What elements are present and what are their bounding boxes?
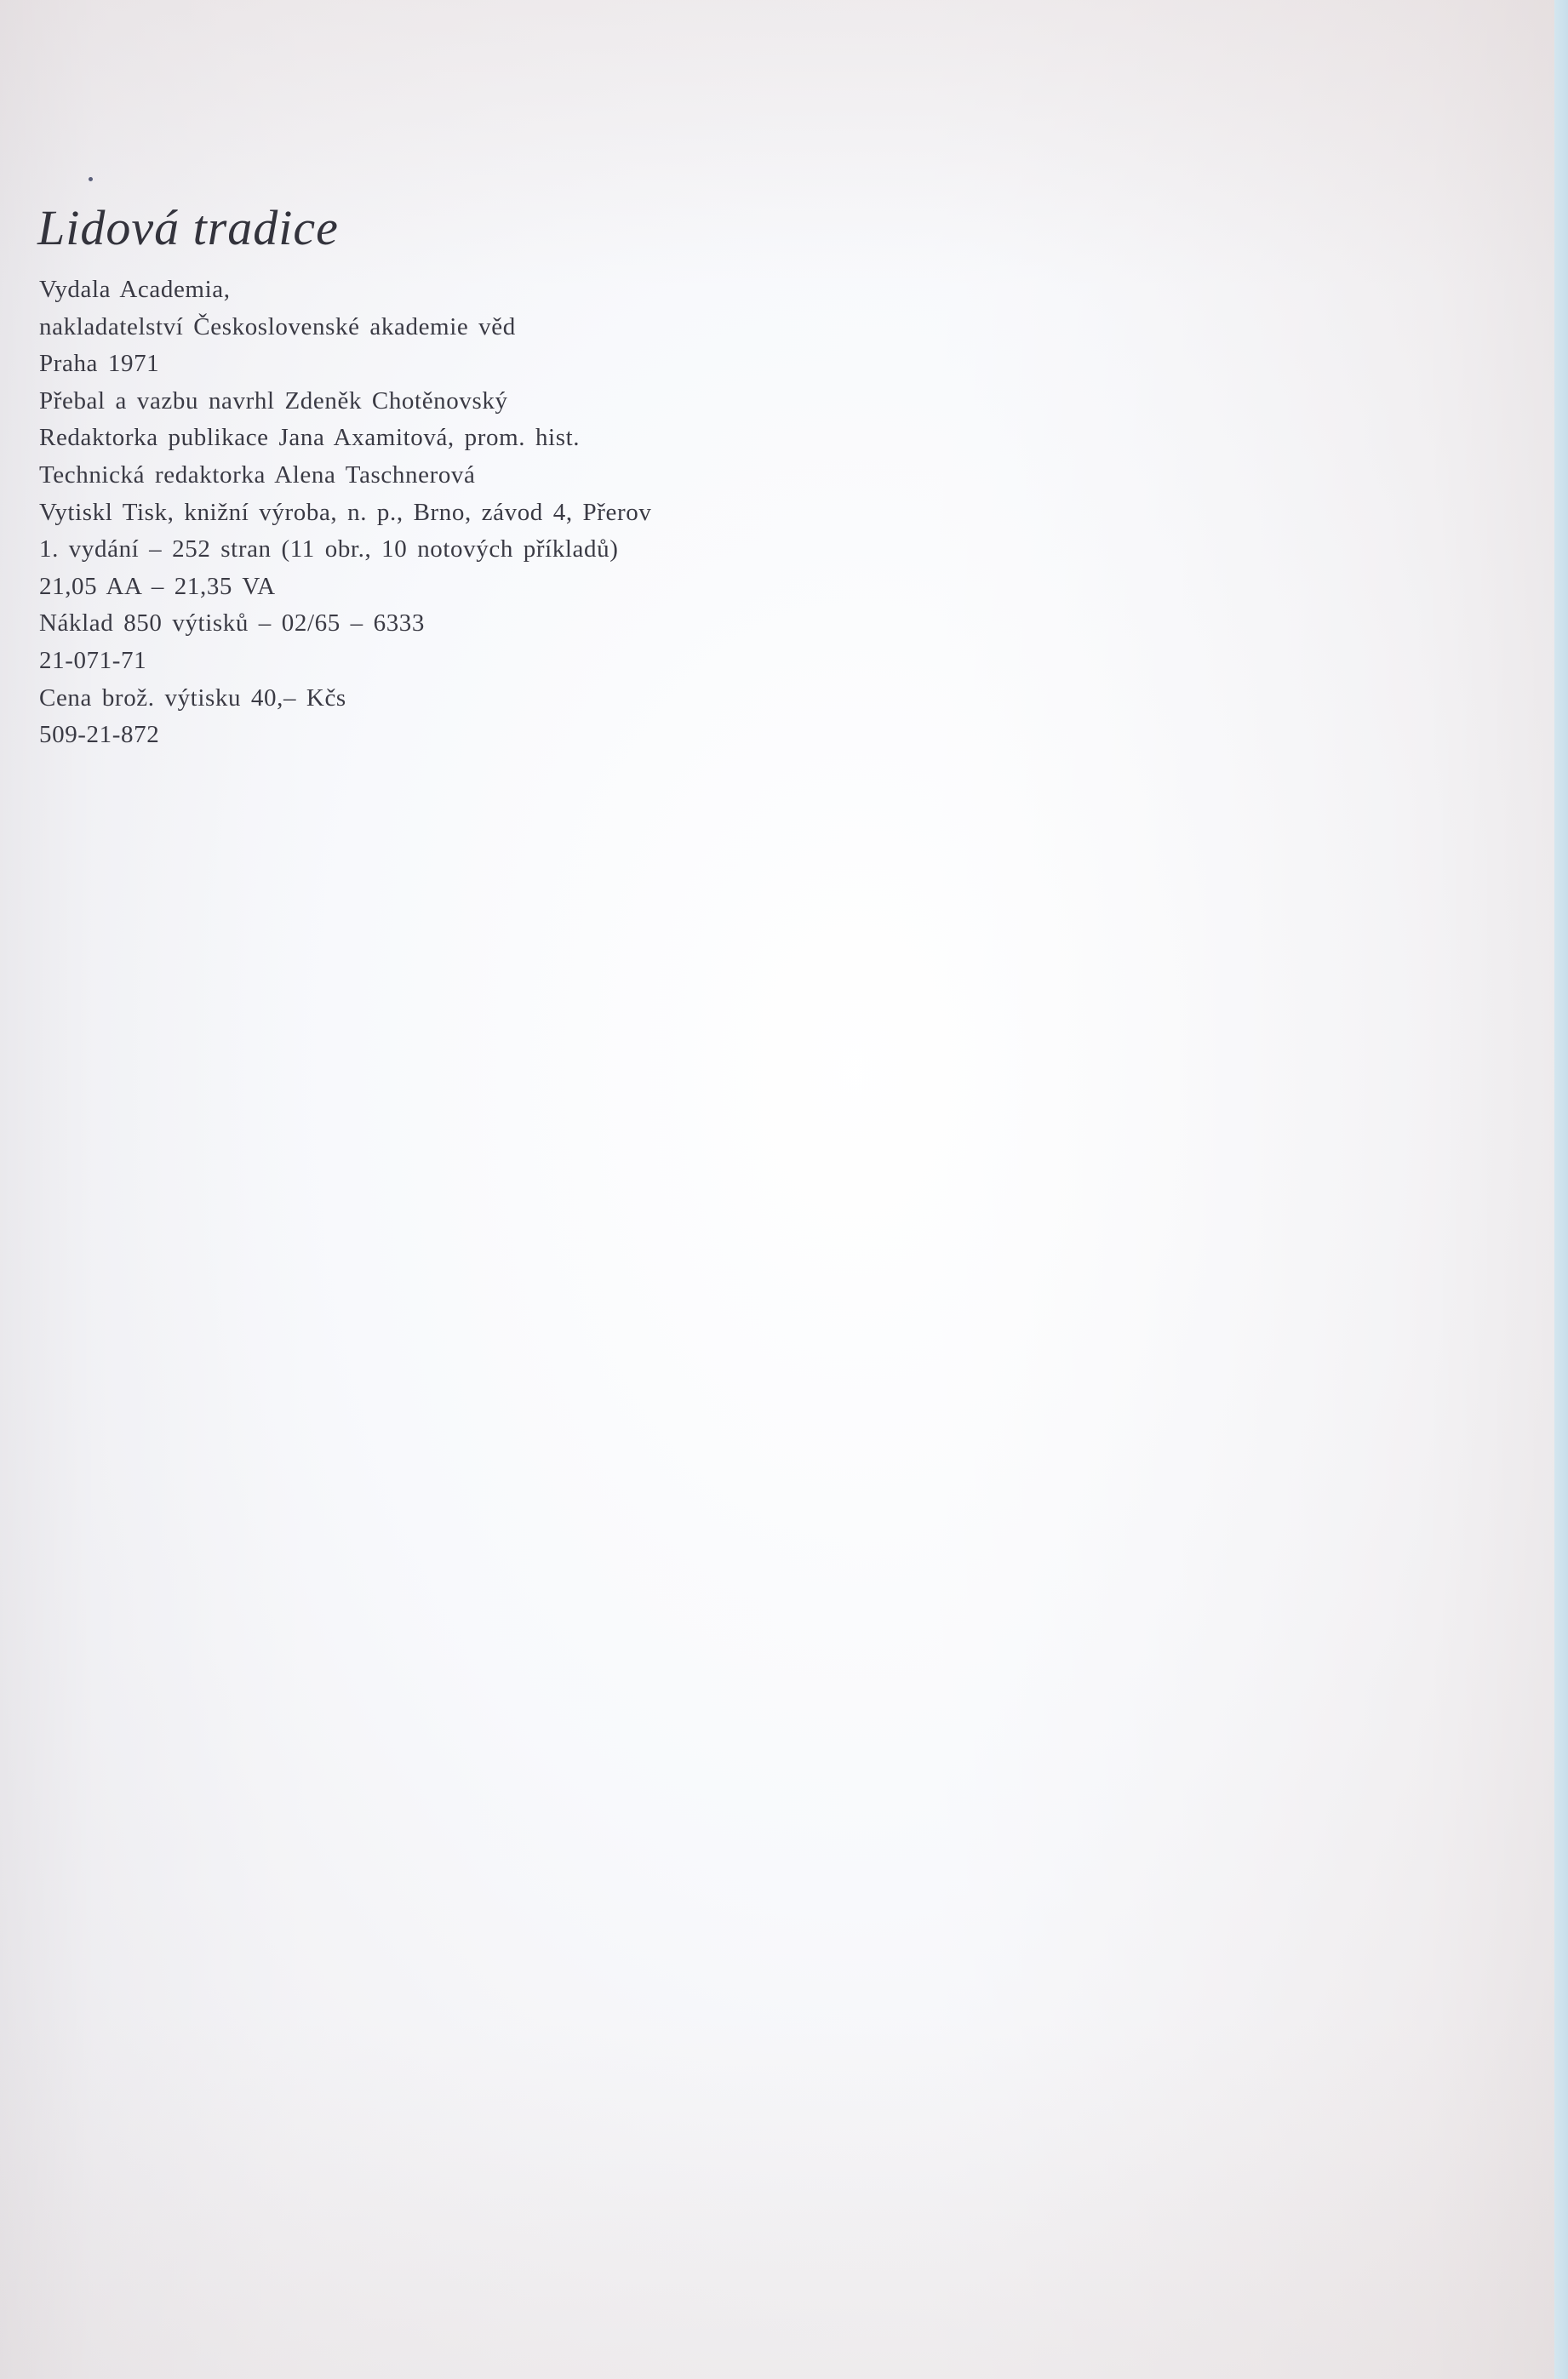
imprint-line-code: 21-071-71 xyxy=(39,643,651,680)
imprint-line-price: Cena brož. výtisku 40,– Kčs xyxy=(39,680,651,718)
imprint-line-place-year: Praha 1971 xyxy=(39,346,651,383)
imprint-line-publishing-house: nakladatelství Československé akademie v… xyxy=(39,309,651,346)
imprint-lines: Vydala Academia, nakladatelství Českoslo… xyxy=(39,272,651,754)
imprint-line-technical-editor: Technická redaktorka Alena Taschnerová xyxy=(39,457,651,495)
imprint-line-edition: 1. vydání – 252 stran (11 obr., 10 notov… xyxy=(39,531,651,569)
imprint-block: Lidová tradice Vydala Academia, nakladat… xyxy=(39,200,651,754)
book-title: Lidová tradice xyxy=(37,200,651,256)
imprint-line-printer: Vytiskl Tisk, knižní výroba, n. p., Brno… xyxy=(39,495,651,532)
imprint-line-catalog-number: 509-21-872 xyxy=(39,717,651,754)
ink-speck xyxy=(89,177,93,181)
imprint-line-publisher: Vydala Academia, xyxy=(39,272,651,309)
page-edge-background xyxy=(1554,0,1568,2379)
imprint-line-sheets: 21,05 AA – 21,35 VA xyxy=(39,569,651,606)
imprint-line-cover-design: Přebal a vazbu navrhl Zdeněk Chotěnovský xyxy=(39,383,651,420)
imprint-line-print-run: Náklad 850 výtisků – 02/65 – 6333 xyxy=(39,605,651,643)
imprint-line-editor: Redaktorka publikace Jana Axamitová, pro… xyxy=(39,420,651,457)
